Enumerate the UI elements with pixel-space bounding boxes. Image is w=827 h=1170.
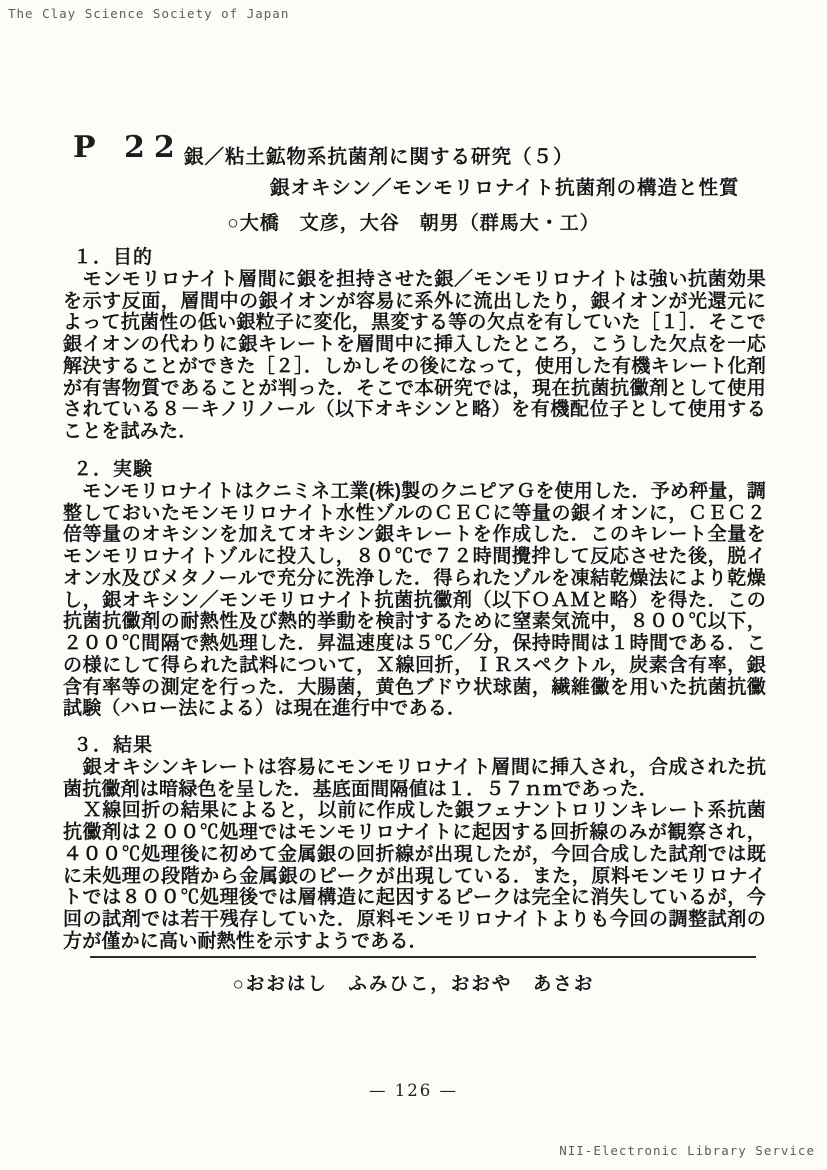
section-paragraph: Ｘ線回折の結果によると，以前に作成した銀フェナントロリンキレート系抗菌抗黴剤は２… — [63, 800, 766, 952]
paper-title-line2: 銀オキシン／モンモリロナイト抗菌剤の構造と性質 — [270, 172, 739, 200]
section-purpose: １．目的 モンモリロナイト層間に銀を担持させた銀／モンモリロナイトは強い抗菌効果… — [63, 247, 766, 443]
section-heading: ２．実験 — [63, 459, 766, 481]
section-results: ３．結果 銀オキシンキレートは容易にモンモリロナイト層間に挿入され，合成された抗… — [63, 735, 766, 953]
authors-line: ○大橋 文彦，大谷 朝男（群馬大・工） — [0, 208, 827, 235]
page-number: — 126 — — [0, 1081, 827, 1100]
section-paragraph: 銀オキシンキレートは容易にモンモリロナイト層間に挿入され，合成された抗菌抗黴剤は… — [63, 757, 766, 801]
authors-kana-line: ○おおはし ふみひこ，おおや あさお — [0, 970, 827, 996]
abstract-number: P 22 — [73, 130, 184, 165]
library-footer: NII-Electronic Library Service — [559, 1143, 815, 1158]
footer-divider — [90, 956, 756, 958]
section-experiment: ２．実験 モンモリロナイトはクニミネ工業(株)製のクニピアＧを使用した．予め秤量… — [63, 459, 766, 720]
section-heading: ３．結果 — [63, 735, 766, 757]
section-heading: １．目的 — [63, 247, 766, 269]
paper-title-line1: 銀／粘土鉱物系抗菌剤に関する研究（５） — [184, 141, 574, 169]
library-header: The Clay Science Society of Japan — [8, 6, 289, 21]
scanned-abstract-page: The Clay Science Society of Japan P 22 銀… — [0, 0, 827, 1170]
section-paragraph: モンモリロナイト層間に銀を担持させた銀／モンモリロナイトは強い抗菌効果を示す反面… — [63, 269, 766, 443]
section-paragraph: モンモリロナイトはクニミネ工業(株)製のクニピアＧを使用した．予め秤量，調整して… — [63, 481, 766, 720]
